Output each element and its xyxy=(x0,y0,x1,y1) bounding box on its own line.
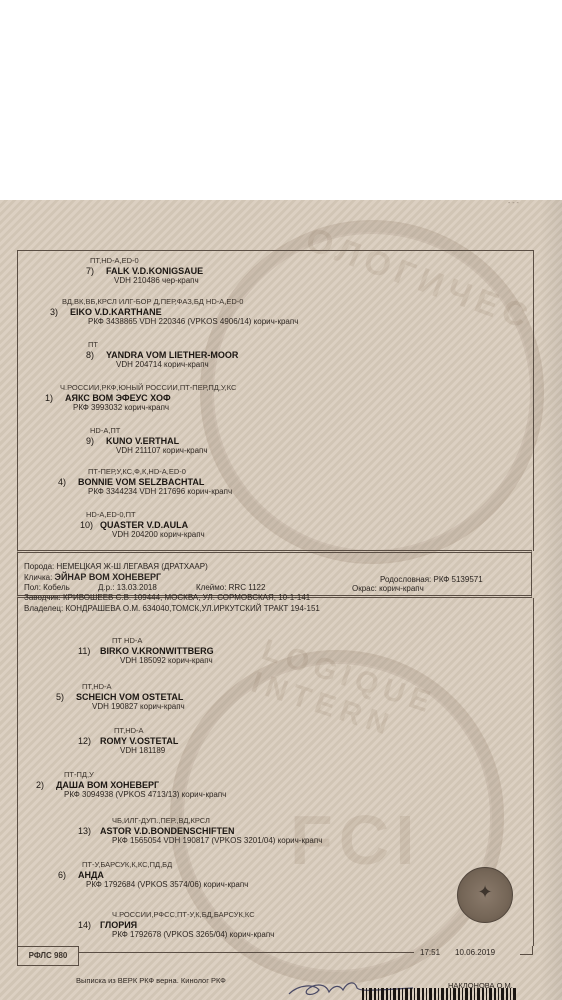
breed-line: Порода: НЕМЕЦКАЯ Ж-Ш ЛЕГАВАЯ (ДРАТХААР) xyxy=(24,562,208,571)
name-line: Кличка: ЭЙНАР ВОМ ХОНЕВЕРГ xyxy=(24,572,161,582)
owner-line: Владелец: КОНДРАШЕВА О.М. 634040,ТОМСК,У… xyxy=(24,604,320,613)
ancestor-12: ПТ,HD-A 12)ROMY V.OSTETAL VDH 181189 xyxy=(78,726,178,756)
pedigree-document: - - - ОЛОГИЧЕС LOGIQUE INTERN FCI ПТ,HD-… xyxy=(0,200,562,1000)
dog-name: ЭЙНАР ВОМ ХОНЕВЕРГ xyxy=(55,572,162,582)
certification-text: Выписка из ВЕРК РКФ верна. Кинолог РКФ xyxy=(76,976,226,985)
ancestor-5: ПТ,HD-A 5)SCHEICH VOM OSTETAL VDH 190827… xyxy=(56,682,185,712)
sex-line: Пол: Кобель xyxy=(24,583,70,592)
frame-corner xyxy=(532,946,533,954)
ancestor-2-dam: ПТ-ПД,У 2)ДАША ВОМ ХОНЕВЕРГ РКФ 3094938 … xyxy=(36,770,226,800)
ancestor-6: ПТ-У,БАРСУК,К,КС,ПД,БД 6)АНДА РКФ 179268… xyxy=(58,860,248,890)
ancestor-7: ПТ,HD-A,ED-0 7)FALK V.D.KONIGSAUE VDH 21… xyxy=(86,256,203,286)
frame-corner-foot xyxy=(520,954,533,955)
barcode xyxy=(362,988,517,1000)
brand-line: Клеймо: RRC 1122 xyxy=(196,583,265,592)
ancestor-10: HD-A,ED-0,ПТ 10)QUASTER V.D.AULA VDH 204… xyxy=(80,510,205,540)
ancestor-4: ПТ-ПЕР,У,КС,Ф,К,HD-A,ED-0 4)BONNIE VOM S… xyxy=(58,467,232,497)
dob-line: Д.р.: 13.03.2018 xyxy=(98,583,157,592)
rfls-number: РФЛС 980 xyxy=(17,946,79,966)
pedigree-number: Родословная: РКФ 5139571 xyxy=(380,575,483,584)
ancestor-13: ЧБ,ИЛГ-ДУП.,ПЕР.,ВД,КРСЛ 13)ASTOR V.D.BO… xyxy=(78,816,322,846)
ancestor-8: ПТ 8)YANDRA VOM LIETHER-MOOR VDH 204714 … xyxy=(86,340,238,370)
corner-mark: - - - xyxy=(508,200,519,207)
embossed-stamp: ✦ xyxy=(457,867,513,923)
ancestor-3: ВД,ВК,ВБ,КРСЛ ИЛГ-БОР Д,ПЕР,ФАЗ,БД HD-A,… xyxy=(50,297,298,327)
ancestor-11: ПТ HD-A 11)BIRKO V.KRONWITTBERG VDH 1850… xyxy=(78,636,214,666)
ancestor-9: HD-A,ПТ 9)KUNO V.ERTHAL VDH 211107 корич… xyxy=(86,426,208,456)
print-date: 10.06.2019 xyxy=(455,948,495,957)
ancestor-14: Ч.РОССИИ,РФСС,ПТ-У,К,БД,БАРСУК,КС 14)ГЛО… xyxy=(78,910,274,940)
breeder-line: Заводчик: КРИВОШЕЕВ С.В. 109444, МОСКВА,… xyxy=(24,593,310,602)
footer-rule xyxy=(79,952,414,953)
stamp-emblem-icon: ✦ xyxy=(458,882,512,903)
ancestor-1-sire: Ч.РОССИИ,РКФ,ЮНЫЙ РОССИИ,ПТ-ПЕР,ПД,У,КС … xyxy=(45,383,236,413)
paper-edge-shadow xyxy=(540,200,562,1000)
print-time: 17:51 xyxy=(420,948,440,957)
color-line: Окрас: корич-крапч xyxy=(352,584,424,593)
